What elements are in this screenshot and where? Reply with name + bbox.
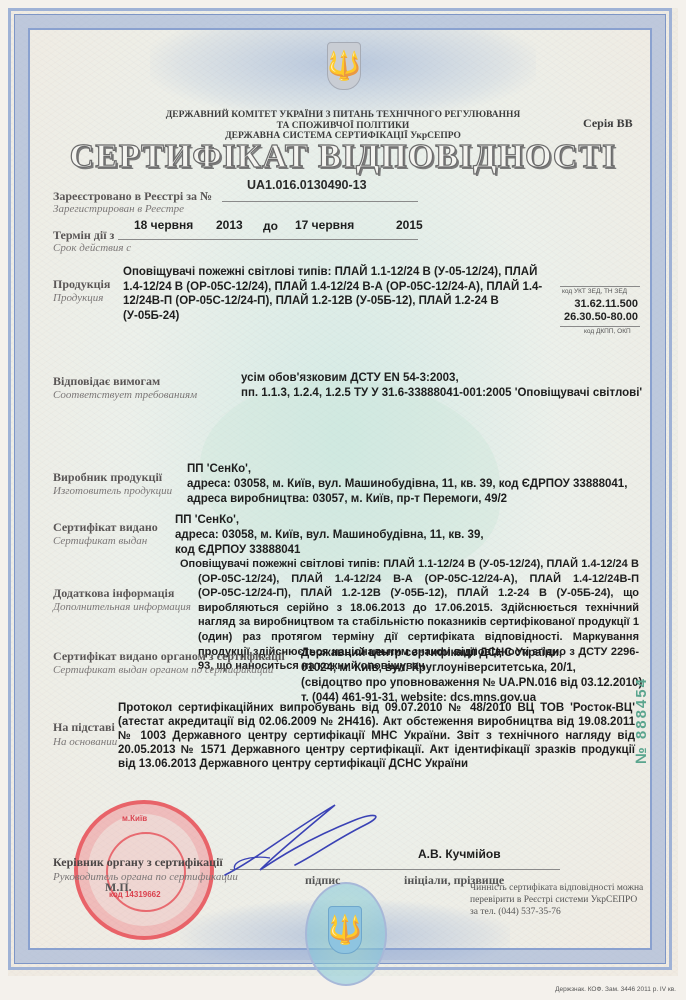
valid-from-date: 18 червня <box>134 218 193 233</box>
registry-note-line: Чинність сертифіката відповідності можна <box>470 882 643 894</box>
issued-to-label: Сертифікат видано <box>53 520 158 535</box>
basis-label-ru: На основании <box>53 736 117 748</box>
certification-body-name: Державний центр сертифікації ДСНС Україн… <box>301 646 562 661</box>
certification-body-authorization: (свідоцтво про уповноваження № UA.PN.016… <box>301 676 642 691</box>
additional-info-label: Додаткова інформація <box>53 586 174 601</box>
signatory-name: А.В. Кучмійов <box>418 847 501 862</box>
validity-label: Термін дії з <box>53 228 114 243</box>
code-line-bottom <box>560 326 640 327</box>
issued-to-code: код ЄДРПОУ 33888041 <box>175 543 300 558</box>
certification-body-label-ru: Сертификат выдан органом по сертификации <box>53 664 273 676</box>
serial-number: № 888454 <box>633 664 650 764</box>
registry-label: Зареєстровано в Реєстрі за № <box>53 189 212 204</box>
additional-info-label-ru: Дополнительная информация <box>53 601 191 613</box>
issued-to-label-ru: Сертификат выдан <box>53 535 147 547</box>
valid-to-word: до <box>263 219 278 234</box>
signature-label: Керівник органу з сертифікації <box>53 855 223 870</box>
document-title: СЕРТИФІКАТ ВІДПОВІДНОСТІ <box>0 138 686 176</box>
code-dkpp: 26.30.50-80.00 <box>550 311 638 323</box>
signature-label-ru: Руководитель органа по сертификации <box>53 871 238 883</box>
requirements-label-ru: Соответствует требованиям <box>53 389 197 401</box>
requirements-label: Відповідає вимогам <box>53 374 160 389</box>
trident-icon: 🔱 <box>327 42 361 90</box>
product-label: Продукція <box>53 277 110 292</box>
code-header-bottom: код ДКПП, ОКП <box>584 328 631 335</box>
basis-text: Протокол сертифікаційних випробувань від… <box>118 701 635 771</box>
validity-line <box>118 239 418 240</box>
code-line-top <box>560 286 640 287</box>
manufacturer-label-ru: Изготовитель продукции <box>53 485 172 497</box>
registry-label-ru: Зарегистрирован в Реестре <box>53 203 184 215</box>
registry-verification-note: Чинність сертифіката відповідності можна… <box>470 882 643 918</box>
certificate-number: UA1.016.0130490-13 <box>247 178 367 192</box>
manufacturer-address: адреса: 03058, м. Київ, вул. Машинобудів… <box>187 477 627 492</box>
code-ukt-zed: 31.62.11.500 <box>550 298 638 310</box>
code-header-top: код УКТ ЗЕД, ТН ЗЕД <box>562 288 627 295</box>
stamp-city: м.Київ <box>122 814 147 823</box>
valid-to-year: 2015 <box>396 218 423 233</box>
basis-label: На підставі <box>53 720 115 735</box>
manufacturer-production-address: адреса виробництва: 03057, м. Київ, пр-т… <box>187 492 507 507</box>
valid-from-year: 2013 <box>216 218 243 233</box>
issued-to-name: ПП 'СенКо', <box>175 513 239 528</box>
signature-scribble <box>215 800 395 880</box>
seal-label: М.П. <box>105 880 132 895</box>
product-label-ru: Продукция <box>53 292 103 304</box>
manufacturer-label: Виробник продукції <box>53 470 162 485</box>
validity-label-ru: Срок действия с <box>53 242 131 254</box>
registry-line <box>222 201 418 202</box>
requirements-line-2: пп. 1.1.3, 1.2.4, 1.2.5 ТУ У 31.6-338880… <box>241 386 642 401</box>
product-description: Оповіщувачі пожежні світлові типів: ПЛАЙ… <box>123 265 553 323</box>
certification-body-address: 01024, м. Київ, вул. Круглоуніверситетсь… <box>301 661 576 676</box>
registry-note-line: перевірити в Реєстрі системи УкрСЕПРО <box>470 894 643 906</box>
trident-icon: 🔱 <box>328 906 362 954</box>
valid-to-date: 17 червня <box>295 218 354 233</box>
requirements-line-1: усім обов'язковим ДСТУ EN 54-3:2003, <box>241 371 459 386</box>
registry-note-line: за тел. (044) 537-35-76 <box>470 906 643 918</box>
manufacturer-name: ПП 'СенКо', <box>187 462 251 477</box>
printer-imprint: Держзнак. КОФ. Зам. 3446 2011 р. IV кв. <box>555 986 676 993</box>
series-label: Серія ВВ <box>583 116 633 131</box>
certification-body-label: Сертифікат видано органом з сертифікації <box>53 649 285 664</box>
issued-to-address: адреса: 03058, м. Київ, вул. Машинобудів… <box>175 528 484 543</box>
